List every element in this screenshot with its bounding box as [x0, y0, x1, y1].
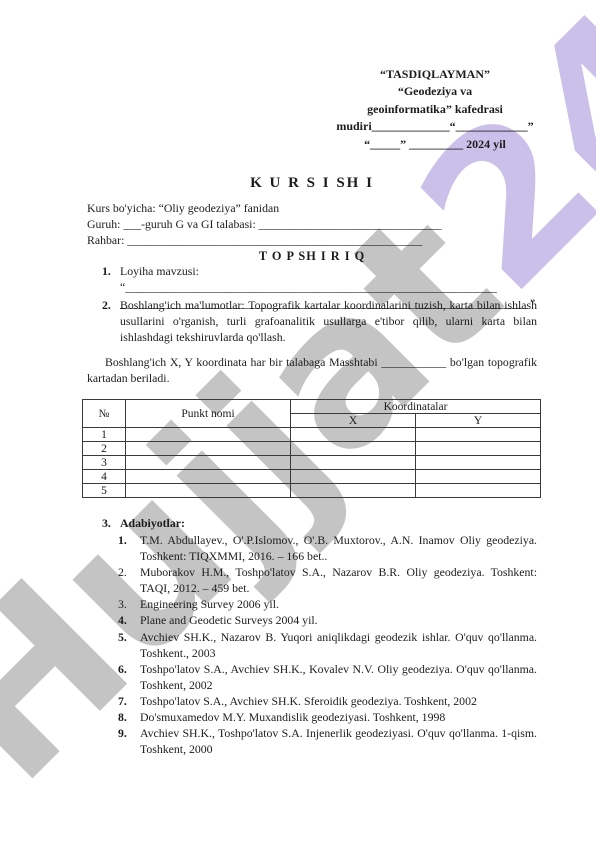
coordinates-table-wrap: № Punkt nomi Koordinatalar X Y 1 2: [82, 399, 541, 498]
reference-text: Engineering Survey 2006 yil.: [140, 597, 279, 611]
reference-text: Avchiev SH.K., Nazarov B. Yuqori aniqlik…: [140, 630, 537, 660]
reference-number: 6.: [118, 661, 127, 677]
reference-number: 5.: [118, 629, 127, 645]
reference-number: 4.: [118, 612, 127, 628]
references-list: 1. T.M. Abdullayev., O'.P.Islomov., O'.B…: [87, 532, 537, 757]
reference-item: 3. Engineering Survey 2006 yil.: [87, 596, 537, 612]
col-header-punkt: Punkt nomi: [126, 400, 291, 428]
references-heading-number: 3.: [102, 516, 111, 531]
reference-text: Muborakov H.M., Toshpo'latov S.A., Nazar…: [140, 565, 537, 595]
table-row: 4: [83, 470, 541, 484]
punkt-cell: [126, 484, 291, 498]
approval-block: “TASDIQLAYMAN” “Geodeziya va geoinformat…: [328, 66, 542, 153]
y-cell: [416, 456, 541, 470]
col-header-x: X: [291, 414, 416, 428]
approval-line-date: “_____” _________ 2024 yil: [328, 136, 542, 153]
assignment-item-1-text: Loyiha mavzusi: “_______________________…: [120, 264, 497, 294]
reference-number: 2.: [118, 564, 127, 580]
reference-item: 7. Toshpo'latov S.A., Avchiev SH.K. Sfer…: [87, 693, 537, 709]
table-row: 1: [83, 428, 541, 442]
reference-item: 2. Muborakov H.M., Toshpo'latov S.A., Na…: [87, 564, 537, 596]
reference-number: 8.: [118, 709, 127, 725]
row-number-cell: 1: [83, 428, 126, 442]
row-number-cell: 3: [83, 456, 126, 470]
punkt-cell: [126, 456, 291, 470]
reference-item: 6. Toshpo'latov S.A., Avchiev SH.K., Kov…: [87, 661, 537, 693]
x-cell: [291, 470, 416, 484]
reference-item: 5. Avchiev SH.K., Nazarov B. Yuqori aniq…: [87, 629, 537, 661]
group-line: Guruh: ___-guruh G va GI talabasi: _____…: [87, 216, 547, 232]
intro-block: Kurs bo'yicha: “Oliy geodeziya” fanidan …: [87, 200, 547, 249]
coordinates-table: № Punkt nomi Koordinatalar X Y 1 2: [82, 399, 541, 498]
reference-text: Toshpo'latov S.A., Avchiev SH.K. Sferoid…: [140, 694, 477, 708]
reference-text: T.M. Abdullayev., O'.P.Islomov., O'.B. M…: [140, 533, 537, 563]
col-header-y: Y: [416, 414, 541, 428]
y-cell: [416, 428, 541, 442]
col-header-number: №: [83, 400, 126, 428]
course-line: Kurs bo'yicha: “Oliy geodeziya” fanidan: [87, 200, 547, 216]
assignment-item-2-text: Boshlang'ich ma'lumotlar: Topografik kar…: [120, 298, 537, 344]
reference-number: 3.: [118, 596, 127, 612]
col-header-koordinatalar: Koordinatalar: [291, 400, 541, 414]
x-cell: [291, 442, 416, 456]
row-number-cell: 2: [83, 442, 126, 456]
y-cell: [416, 442, 541, 456]
assignment-item-1-number: 1.: [102, 263, 111, 279]
reference-item: 8. Do'smuxamedov M.Y. Muxandislik geodez…: [87, 709, 537, 725]
assignment-heading: T O P SH I R I Q: [87, 249, 537, 264]
reference-number: 9.: [118, 725, 127, 741]
table-row: 5: [83, 484, 541, 498]
approval-line-head-signature: mudiri_____________“____________”: [328, 118, 542, 135]
y-cell: [416, 484, 541, 498]
references-heading: 3. Adabiyotlar:: [87, 516, 537, 531]
approval-line-tasdiqlayman: “TASDIQLAYMAN”: [328, 66, 542, 83]
coordinates-note: Boshlang'ich X, Y koordinata har bir tal…: [87, 354, 537, 386]
supervisor-line: Rahbar: ________________________________…: [87, 232, 547, 248]
row-number-cell: 4: [83, 470, 126, 484]
assignment-item-2-number: 2.: [102, 297, 111, 313]
reference-text: Plane and Geodetic Surveys 2004 yil.: [140, 613, 318, 627]
punkt-cell: [126, 442, 291, 456]
document-page: Hujjat24 “TASDIQLAYMAN” “Geodeziya va ge…: [0, 0, 596, 842]
reference-text: Toshpo'latov S.A., Avchiev SH.K., Kovale…: [140, 662, 537, 692]
table-row: 2: [83, 442, 541, 456]
approval-line-department-1: “Geodeziya va: [328, 83, 542, 100]
reference-item: 1. T.M. Abdullayev., O'.P.Islomov., O'.B…: [87, 532, 537, 564]
reference-text: Avchiev SH.K., Toshpo'latov S.A. Injener…: [140, 726, 537, 756]
approval-line-department-2: geoinformatika” kafedrasi: [328, 101, 542, 118]
assignment-item-2: 2. Boshlang'ich ma'lumotlar: Topografik …: [87, 297, 537, 346]
row-number-cell: 5: [83, 484, 126, 498]
x-cell: [291, 456, 416, 470]
table-row: 3: [83, 456, 541, 470]
page-content: “TASDIQLAYMAN” “Geodeziya va geoinformat…: [0, 0, 596, 842]
reference-text: Do'smuxamedov M.Y. Muxandislik geodeziya…: [140, 710, 445, 724]
reference-item: 4. Plane and Geodetic Surveys 2004 yil.: [87, 612, 537, 628]
y-cell: [416, 470, 541, 484]
reference-item: 9. Avchiev SH.K., Toshpo'latov S.A. Inje…: [87, 725, 537, 757]
references-heading-label: Adabiyotlar:: [120, 516, 185, 530]
punkt-cell: [126, 470, 291, 484]
punkt-cell: [126, 428, 291, 442]
reference-number: 1.: [118, 532, 127, 548]
reference-number: 7.: [118, 693, 127, 709]
table-header-row-1: № Punkt nomi Koordinatalar: [83, 400, 541, 414]
x-cell: [291, 484, 416, 498]
page-title: K U R S I SH I: [87, 175, 537, 192]
x-cell: [291, 428, 416, 442]
